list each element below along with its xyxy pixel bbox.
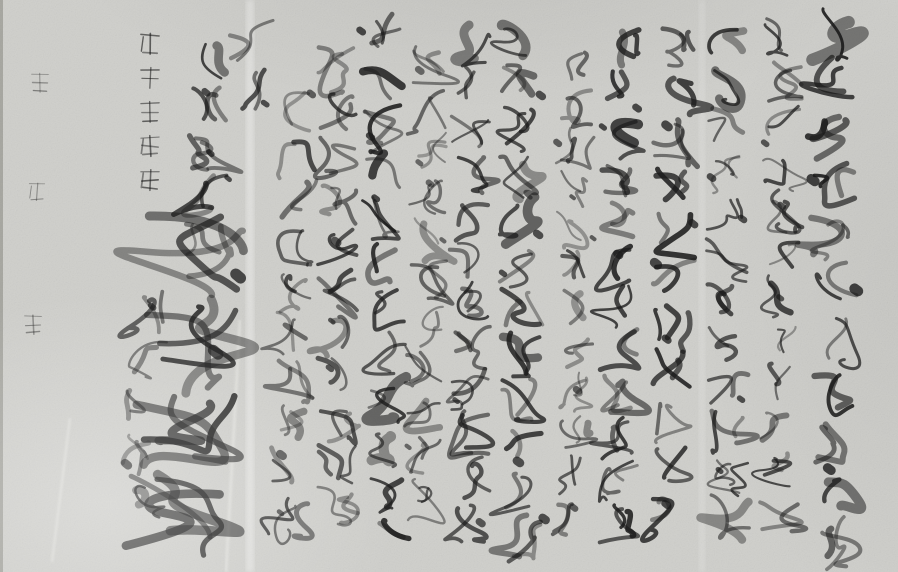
brush-stroke bbox=[587, 423, 590, 434]
brush-stroke bbox=[429, 182, 432, 184]
brush-stroke bbox=[665, 503, 668, 505]
brush-stroke bbox=[150, 305, 153, 308]
brush-stroke bbox=[328, 367, 331, 369]
brush-stroke bbox=[227, 177, 230, 179]
brush-stroke bbox=[280, 454, 283, 456]
brush-stroke bbox=[479, 522, 482, 524]
brush-stroke bbox=[125, 463, 128, 466]
brush-stroke bbox=[236, 274, 241, 278]
brush-stroke bbox=[360, 30, 363, 32]
brush-stroke bbox=[710, 176, 713, 178]
paper-grain-texture bbox=[0, 0, 898, 572]
brush-stroke bbox=[601, 126, 604, 128]
brush-stroke bbox=[335, 241, 338, 243]
brush-stroke bbox=[141, 103, 159, 104]
brush-stroke bbox=[374, 197, 377, 199]
brush-stroke bbox=[740, 398, 743, 400]
brush-stroke bbox=[636, 107, 639, 109]
brush-stroke bbox=[635, 35, 638, 54]
brush-stroke bbox=[654, 262, 657, 264]
brush-stroke bbox=[26, 325, 41, 326]
brush-stroke bbox=[25, 316, 42, 317]
brush-stroke bbox=[665, 338, 668, 340]
brush-stroke bbox=[418, 69, 421, 71]
brush-stroke bbox=[143, 121, 157, 122]
brush-stroke bbox=[204, 91, 207, 93]
brush-stroke bbox=[263, 102, 266, 105]
scan-edge-shadow bbox=[0, 0, 3, 572]
brush-stroke bbox=[455, 400, 458, 402]
brush-stroke bbox=[718, 469, 721, 471]
brush-stroke bbox=[407, 446, 410, 448]
brush-stroke bbox=[592, 237, 595, 239]
brush-stroke bbox=[33, 90, 46, 91]
brush-stroke bbox=[571, 196, 574, 198]
brush-stroke bbox=[572, 507, 575, 509]
brush-stroke bbox=[692, 223, 695, 225]
brush-stroke bbox=[310, 93, 313, 95]
manuscript-scan bbox=[0, 0, 898, 572]
brush-stroke bbox=[665, 125, 668, 127]
brush-stroke bbox=[855, 289, 859, 292]
brush-stroke bbox=[209, 152, 212, 154]
brush-stroke bbox=[543, 518, 546, 520]
brush-stroke bbox=[539, 94, 542, 96]
brush-stroke bbox=[517, 461, 520, 463]
brush-stroke bbox=[126, 390, 130, 418]
brush-stroke bbox=[501, 272, 504, 274]
scan-canvas bbox=[0, 0, 898, 572]
brush-stroke bbox=[779, 297, 782, 299]
brush-stroke bbox=[418, 162, 421, 164]
brush-stroke bbox=[741, 218, 744, 220]
brush-stroke bbox=[764, 142, 767, 144]
brush-stroke bbox=[330, 320, 333, 322]
brush-stroke bbox=[556, 142, 559, 144]
brush-stroke bbox=[537, 233, 540, 235]
crease-line bbox=[699, 0, 705, 572]
crease-line bbox=[246, 0, 254, 572]
brush-stroke bbox=[143, 153, 157, 154]
brush-stroke bbox=[828, 468, 832, 471]
brush-stroke bbox=[617, 253, 620, 255]
brush-stroke bbox=[576, 389, 579, 391]
brush-stroke bbox=[780, 205, 783, 207]
brush-stroke bbox=[369, 135, 372, 137]
brush-stroke bbox=[279, 512, 282, 514]
brush-stroke bbox=[811, 179, 815, 182]
brush-stroke bbox=[441, 239, 444, 241]
brush-stroke bbox=[143, 52, 157, 53]
brush-stroke bbox=[213, 350, 218, 354]
